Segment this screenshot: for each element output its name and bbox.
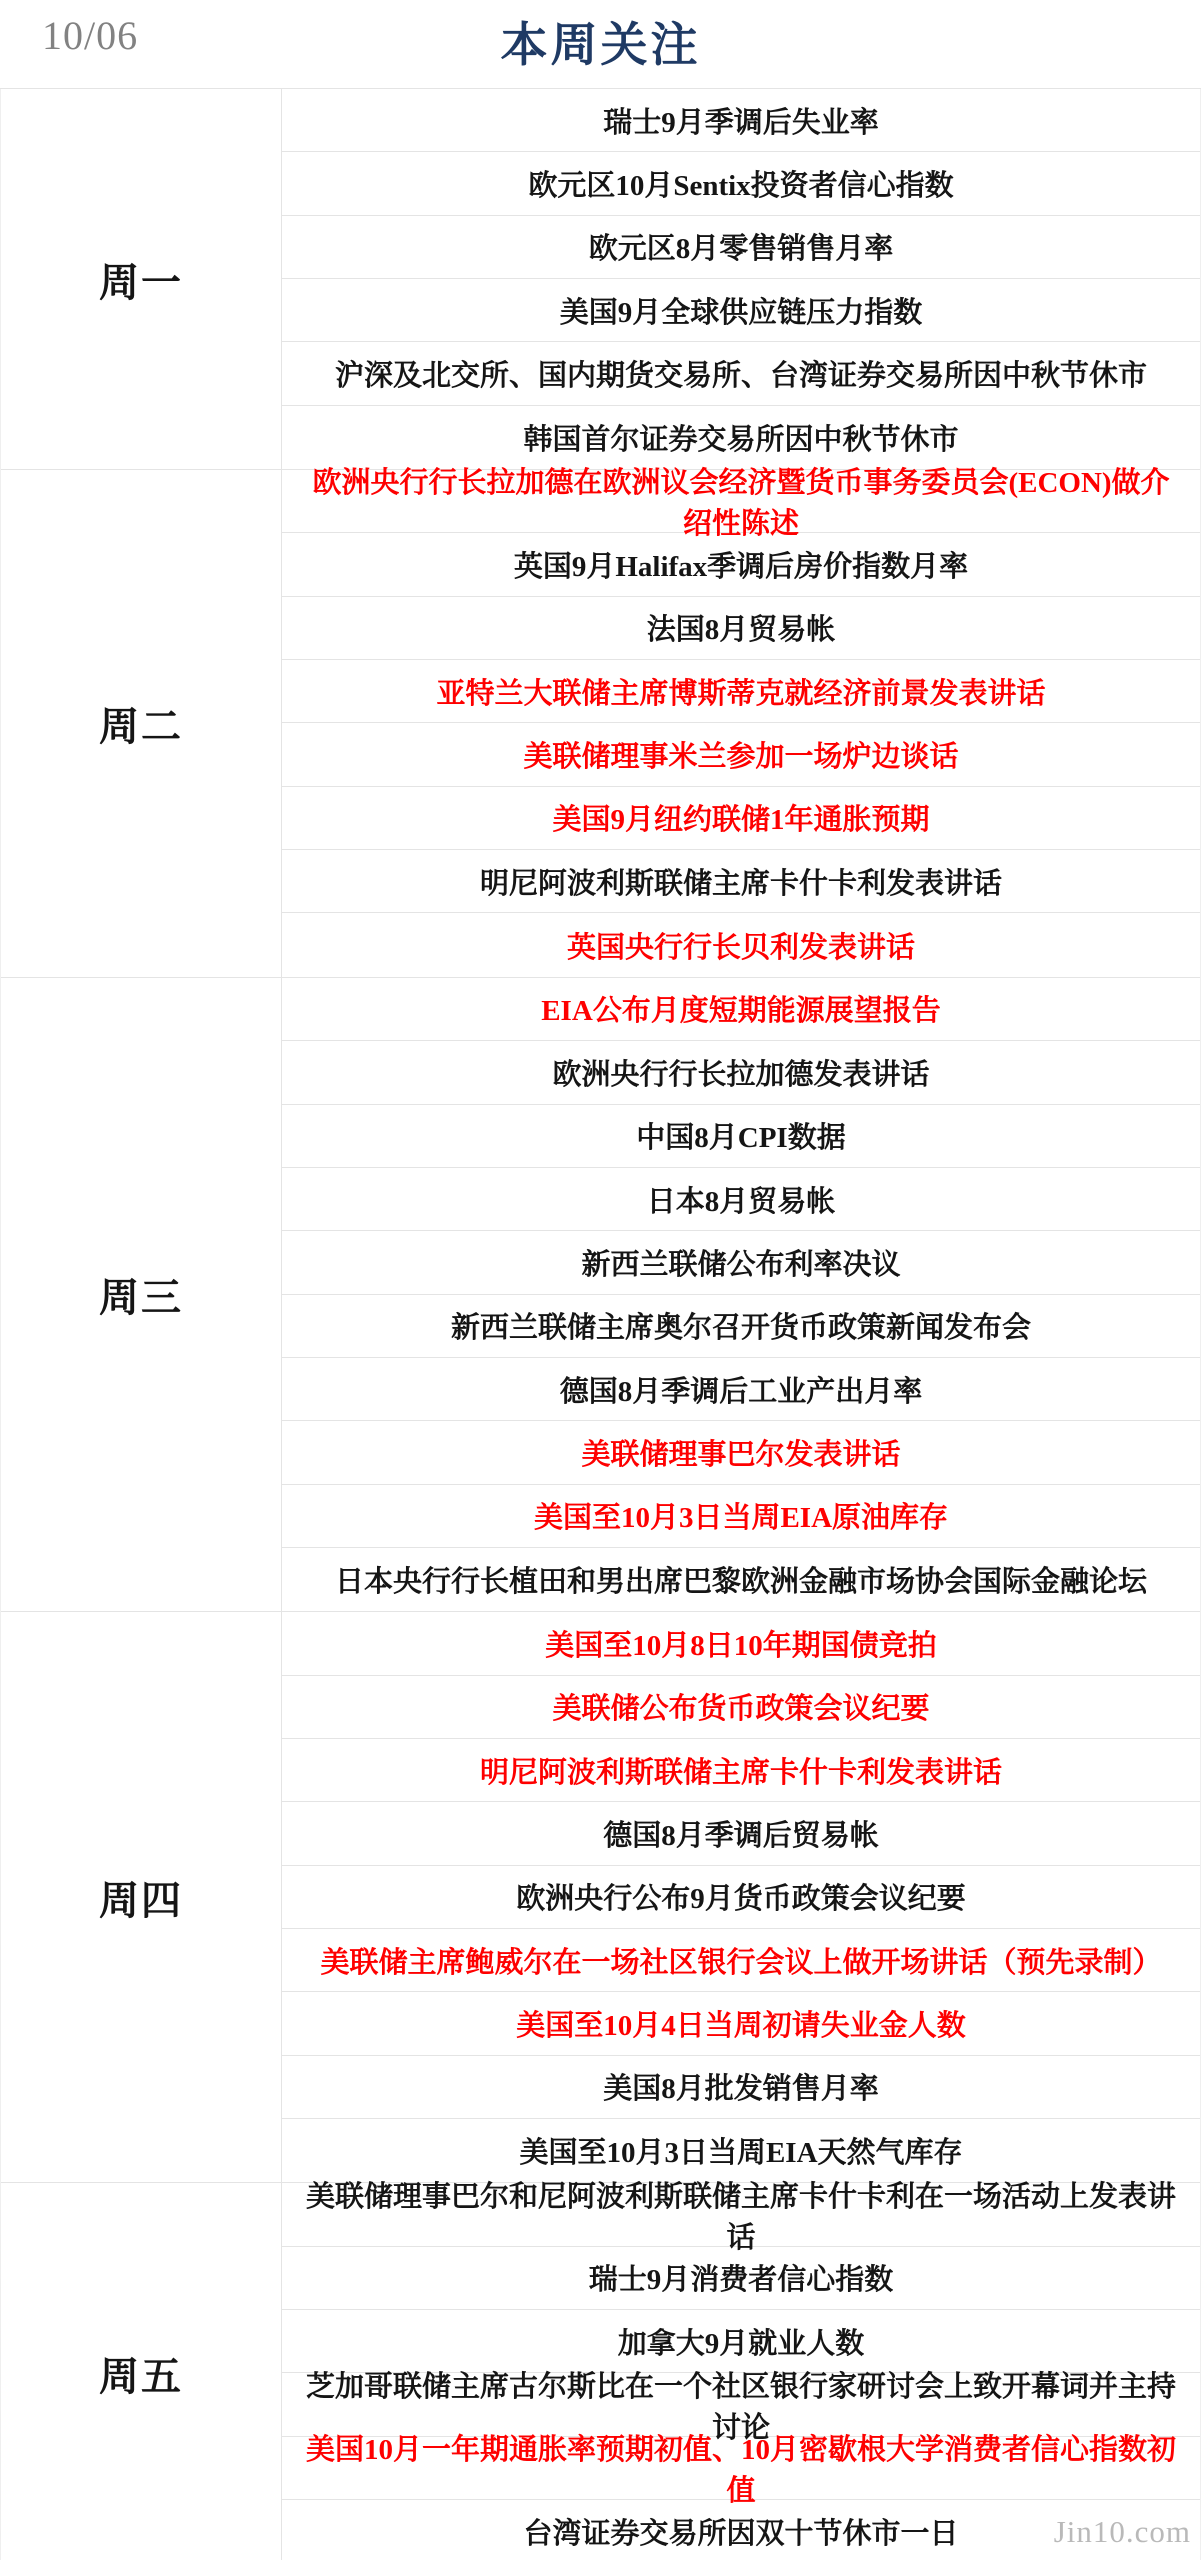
day-section-4: 周四 美国至10月8日10年期国债竞拍 美联储公布货币政策会议纪要 明尼阿波利斯… xyxy=(1,1612,1200,2183)
watermark: Jin10.com xyxy=(1054,2514,1191,2550)
day-label: 周四 xyxy=(1,1612,282,2182)
day-label: 周三 xyxy=(1,978,282,1611)
event-row: 美联储理事巴尔发表讲话 xyxy=(282,1421,1200,1484)
event-row: 欧洲央行行长拉加德在欧洲议会经济暨货币事务委员会(ECON)做介绍性陈述 xyxy=(282,470,1200,533)
event-row: 美国10月一年期通胀率预期初值、10月密歇根大学消费者信心指数初值 xyxy=(282,2437,1200,2500)
event-row: 美联储公布货币政策会议纪要 xyxy=(282,1676,1200,1739)
event-row: 德国8月季调后贸易帐 xyxy=(282,1802,1200,1865)
event-row: 欧洲央行公布9月货币政策会议纪要 xyxy=(282,1866,1200,1929)
event-row: 欧元区8月零售销售月率 xyxy=(282,216,1200,279)
event-list: EIA公布月度短期能源展望报告 欧洲央行行长拉加德发表讲话 中国8月CPI数据 … xyxy=(282,978,1200,1611)
day-section-1: 周一 瑞士9月季调后失业率 欧元区10月Sentix投资者信心指数 欧元区8月零… xyxy=(1,89,1200,470)
event-row: 德国8月季调后工业产出月率 xyxy=(282,1358,1200,1421)
event-row: 欧洲央行行长拉加德发表讲话 xyxy=(282,1041,1200,1104)
event-row: 明尼阿波利斯联储主席卡什卡利发表讲话 xyxy=(282,1739,1200,1802)
event-row: 美联储主席鲍威尔在一场社区银行会议上做开场讲话（预先录制） xyxy=(282,1929,1200,1992)
day-section-3: 周三 EIA公布月度短期能源展望报告 欧洲央行行长拉加德发表讲话 中国8月CPI… xyxy=(1,978,1200,1612)
event-row: 美国至10月8日10年期国债竞拍 xyxy=(282,1612,1200,1675)
event-row: 美国至10月3日当周EIA原油库存 xyxy=(282,1485,1200,1548)
day-section-5: 周五 美联储理事巴尔和尼阿波利斯联储主席卡什卡利在一场活动上发表讲话 瑞士9月消… xyxy=(1,2183,1200,2560)
calendar-body: 周一 瑞士9月季调后失业率 欧元区10月Sentix投资者信心指数 欧元区8月零… xyxy=(0,89,1201,2560)
event-row: 日本8月贸易帐 xyxy=(282,1168,1200,1231)
event-row: 英国央行行长贝利发表讲话 xyxy=(282,913,1200,976)
weekly-focus-report: 10/06 本周关注 周一 瑞士9月季调后失业率 欧元区10月Sentix投资者… xyxy=(0,0,1201,2560)
day-section-2: 周二 欧洲央行行长拉加德在欧洲议会经济暨货币事务委员会(ECON)做介绍性陈述 … xyxy=(1,470,1200,978)
event-row: 美国9月纽约联储1年通胀预期 xyxy=(282,787,1200,850)
event-row: 日本央行行长植田和男出席巴黎欧洲金融市场协会国际金融论坛 xyxy=(282,1548,1200,1611)
event-row: 新西兰联储公布利率决议 xyxy=(282,1231,1200,1294)
event-row: 欧元区10月Sentix投资者信心指数 xyxy=(282,152,1200,215)
page-title: 本周关注 xyxy=(0,8,1201,75)
day-label: 周五 xyxy=(1,2183,282,2560)
event-row: 瑞士9月季调后失业率 xyxy=(282,89,1200,152)
report-header: 10/06 本周关注 xyxy=(0,0,1201,89)
event-list: 美联储理事巴尔和尼阿波利斯联储主席卡什卡利在一场活动上发表讲话 瑞士9月消费者信… xyxy=(282,2183,1200,2560)
day-label: 周二 xyxy=(1,470,282,977)
event-row: 美联储理事巴尔和尼阿波利斯联储主席卡什卡利在一场活动上发表讲话 xyxy=(282,2183,1200,2246)
event-list: 瑞士9月季调后失业率 欧元区10月Sentix投资者信心指数 欧元区8月零售销售… xyxy=(282,89,1200,469)
event-row: EIA公布月度短期能源展望报告 xyxy=(282,978,1200,1041)
event-row: 美联储理事米兰参加一场炉边谈话 xyxy=(282,723,1200,786)
day-label: 周一 xyxy=(1,89,282,469)
event-row: 美国至10月4日当周初请失业金人数 xyxy=(282,1992,1200,2055)
event-row: 新西兰联储主席奥尔召开货币政策新闻发布会 xyxy=(282,1295,1200,1358)
event-row: 美国8月批发销售月率 xyxy=(282,2056,1200,2119)
event-row: 瑞士9月消费者信心指数 xyxy=(282,2247,1200,2310)
event-row: 美国9月全球供应链压力指数 xyxy=(282,279,1200,342)
event-row: 亚特兰大联储主席博斯蒂克就经济前景发表讲话 xyxy=(282,660,1200,723)
event-row: 明尼阿波利斯联储主席卡什卡利发表讲话 xyxy=(282,850,1200,913)
event-row: 中国8月CPI数据 xyxy=(282,1105,1200,1168)
event-row: 沪深及北交所、国内期货交易所、台湾证券交易所因中秋节休市 xyxy=(282,342,1200,405)
event-list: 欧洲央行行长拉加德在欧洲议会经济暨货币事务委员会(ECON)做介绍性陈述 英国9… xyxy=(282,470,1200,977)
event-list: 美国至10月8日10年期国债竞拍 美联储公布货币政策会议纪要 明尼阿波利斯联储主… xyxy=(282,1612,1200,2182)
event-row: 英国9月Halifax季调后房价指数月率 xyxy=(282,533,1200,596)
event-row: 法国8月贸易帐 xyxy=(282,597,1200,660)
